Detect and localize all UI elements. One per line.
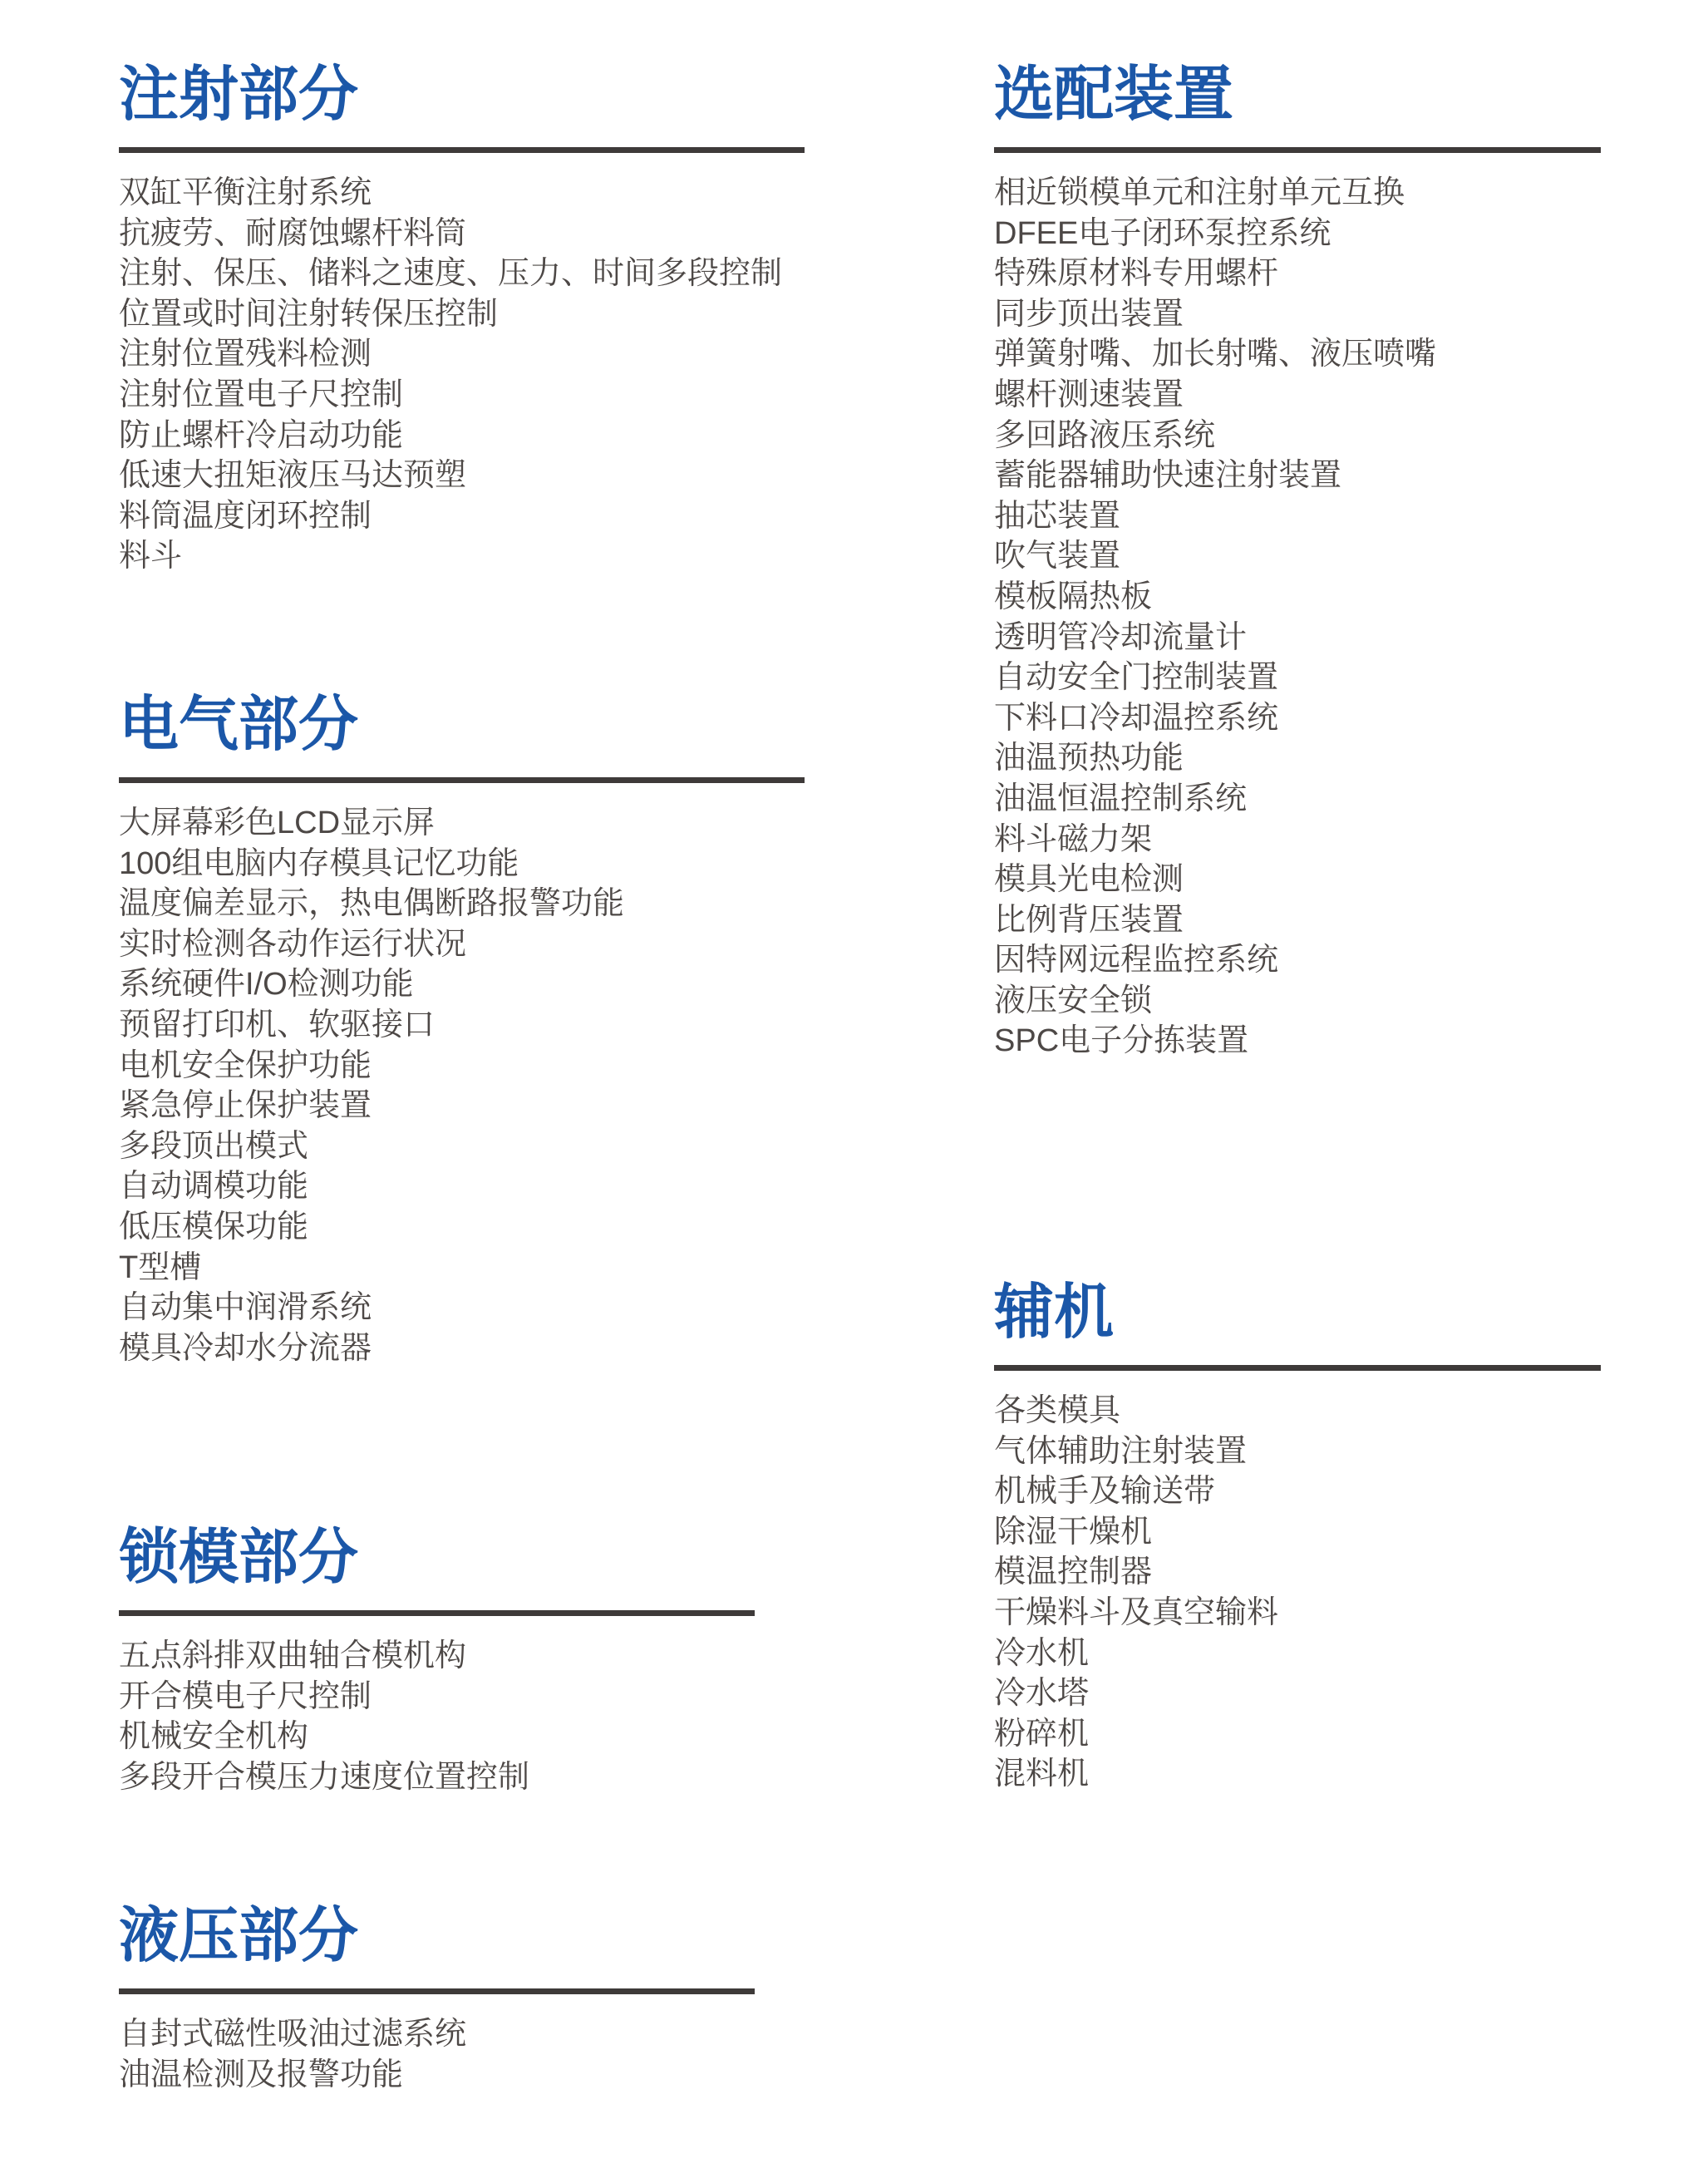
feature-item: 料筒温度闭环控制 [119, 496, 805, 537]
feature-item: 低速大扭矩液压马达预塑 [119, 456, 805, 496]
feature-item: 模板隔热板 [994, 577, 1601, 618]
feature-item: 同步顶出装置 [994, 294, 1601, 335]
feature-item: 料斗 [119, 536, 805, 577]
section-divider [994, 1365, 1601, 1371]
feature-item: 比例背压装置 [994, 900, 1601, 941]
section-divider [994, 147, 1601, 153]
feature-item: 机械安全机构 [119, 1717, 755, 1757]
feature-item: 开合模电子尺控制 [119, 1677, 755, 1717]
section-title-injection: 注射部分 [119, 65, 805, 125]
section-title-optional-devices: 选配装置 [994, 65, 1601, 125]
feature-item: 干燥料斗及真空输料 [994, 1593, 1601, 1633]
feature-list-injection: 双缸平衡注射系统抗疲劳、耐腐蚀螺杆料筒注射、保压、储料之速度、压力、时间多段控制… [119, 173, 805, 577]
feature-item: 螺杆测速装置 [994, 375, 1601, 416]
section-divider [119, 147, 805, 153]
feature-item: 抗疲劳、耐腐蚀螺杆料筒 [119, 214, 805, 254]
feature-item: 模具光电检测 [994, 860, 1601, 900]
section-title-auxiliary-machines: 辅机 [994, 1283, 1601, 1343]
feature-item: 抽芯装置 [994, 496, 1601, 537]
feature-item: 自动调模功能 [119, 1166, 805, 1207]
section-injection: 注射部分 双缸平衡注射系统抗疲劳、耐腐蚀螺杆料筒注射、保压、储料之速度、压力、时… [119, 65, 805, 577]
feature-item: 防止螺杆冷启动功能 [119, 416, 805, 456]
feature-item: 双缸平衡注射系统 [119, 173, 805, 214]
feature-item: 自封式磁性吸油过滤系统 [119, 2014, 755, 2055]
feature-item: 除湿干燥机 [994, 1512, 1601, 1553]
feature-item: 大屏幕彩色LCD显示屏 [119, 803, 805, 844]
feature-item: T型槽 [119, 1248, 805, 1289]
feature-list-auxiliary-machines: 各类模具气体辅助注射装置机械手及输送带除湿干燥机模温控制器干燥料斗及真空输料冷水… [994, 1391, 1601, 1795]
feature-item: 因特网远程监控系统 [994, 940, 1601, 981]
section-clamping: 锁模部分 五点斜排双曲轴合模机构开合模电子尺控制机械安全机构多段开合模压力速度位… [119, 1528, 755, 1797]
feature-item: 油温预热功能 [994, 738, 1601, 779]
feature-item: 实时检测各动作运行状况 [119, 924, 805, 965]
feature-item: 机械手及输送带 [994, 1471, 1601, 1512]
section-hydraulic: 液压部分 自封式磁性吸油过滤系统油温检测及报警功能 [119, 1906, 755, 2095]
feature-item: 各类模具 [994, 1391, 1601, 1431]
feature-item: 多段顶出模式 [119, 1126, 805, 1167]
section-divider [119, 1610, 755, 1616]
feature-item: 粉碎机 [994, 1714, 1601, 1755]
feature-item: 多回路液压系统 [994, 416, 1601, 456]
feature-item: 混料机 [994, 1754, 1601, 1795]
feature-item: 五点斜排双曲轴合模机构 [119, 1636, 755, 1677]
feature-item: 注射位置残料检测 [119, 334, 805, 375]
feature-item: 特殊原材料专用螺杆 [994, 254, 1601, 294]
section-optional-devices: 选配装置 相近锁模单元和注射单元互换DFEE电子闭环泵控系统特殊原材料专用螺杆同… [994, 65, 1601, 1062]
section-title-hydraulic: 液压部分 [119, 1906, 755, 1966]
feature-list-electrical: 大屏幕彩色LCD显示屏100组电脑内存模具记忆功能温度偏差显示，热电偶断路报警功… [119, 803, 805, 1368]
feature-item: 预留打印机、软驱接口 [119, 1005, 805, 1046]
section-electrical: 电气部分 大屏幕彩色LCD显示屏100组电脑内存模具记忆功能温度偏差显示，热电偶… [119, 695, 805, 1368]
feature-item: 自动集中润滑系统 [119, 1288, 805, 1328]
feature-item: 电机安全保护功能 [119, 1046, 805, 1086]
feature-item: 相近锁模单元和注射单元互换 [994, 173, 1601, 214]
feature-item: 100组电脑内存模具记忆功能 [119, 844, 805, 884]
section-divider [119, 1988, 755, 1994]
feature-item: 紧急停止保护装置 [119, 1086, 805, 1126]
feature-item: 冷水塔 [994, 1673, 1601, 1714]
feature-item: 低压模保功能 [119, 1207, 805, 1248]
feature-item: 蓄能器辅助快速注射装置 [994, 456, 1601, 496]
feature-item: 液压安全锁 [994, 981, 1601, 1022]
feature-item: 冷水机 [994, 1633, 1601, 1674]
feature-item: 系统硬件I/O检测功能 [119, 964, 805, 1005]
feature-item: 注射位置电子尺控制 [119, 375, 805, 416]
brochure-page: 注射部分 双缸平衡注射系统抗疲劳、耐腐蚀螺杆料筒注射、保压、储料之速度、压力、时… [0, 0, 1708, 2173]
feature-item: 注射、保压、储料之速度、压力、时间多段控制 [119, 254, 805, 294]
feature-item: SPC电子分拣装置 [994, 1021, 1601, 1062]
feature-item: 温度偏差显示，热电偶断路报警功能 [119, 884, 805, 924]
feature-item: 多段开合模压力速度位置控制 [119, 1757, 755, 1798]
feature-item: 弹簧射嘴、加长射嘴、液压喷嘴 [994, 334, 1601, 375]
section-title-clamping: 锁模部分 [119, 1528, 755, 1588]
feature-item: 油温检测及报警功能 [119, 2055, 755, 2096]
section-auxiliary-machines: 辅机 各类模具气体辅助注射装置机械手及输送带除湿干燥机模温控制器干燥料斗及真空输… [994, 1283, 1601, 1795]
feature-item: 油温恒温控制系统 [994, 779, 1601, 820]
feature-list-hydraulic: 自封式磁性吸油过滤系统油温检测及报警功能 [119, 2014, 755, 2095]
feature-item: DFEE电子闭环泵控系统 [994, 214, 1601, 254]
feature-item: 模温控制器 [994, 1552, 1601, 1593]
section-title-electrical: 电气部分 [119, 695, 805, 755]
feature-item: 透明管冷却流量计 [994, 618, 1601, 658]
feature-item: 模具冷却水分流器 [119, 1328, 805, 1369]
feature-item: 自动安全门控制装置 [994, 658, 1601, 698]
feature-list-optional-devices: 相近锁模单元和注射单元互换DFEE电子闭环泵控系统特殊原材料专用螺杆同步顶出装置… [994, 173, 1601, 1062]
feature-item: 料斗磁力架 [994, 820, 1601, 860]
feature-item: 吹气装置 [994, 536, 1601, 577]
feature-list-clamping: 五点斜排双曲轴合模机构开合模电子尺控制机械安全机构多段开合模压力速度位置控制 [119, 1636, 755, 1797]
feature-item: 位置或时间注射转保压控制 [119, 294, 805, 335]
feature-item: 下料口冷却温控系统 [994, 698, 1601, 739]
feature-item: 气体辅助注射装置 [994, 1431, 1601, 1472]
section-divider [119, 777, 805, 783]
